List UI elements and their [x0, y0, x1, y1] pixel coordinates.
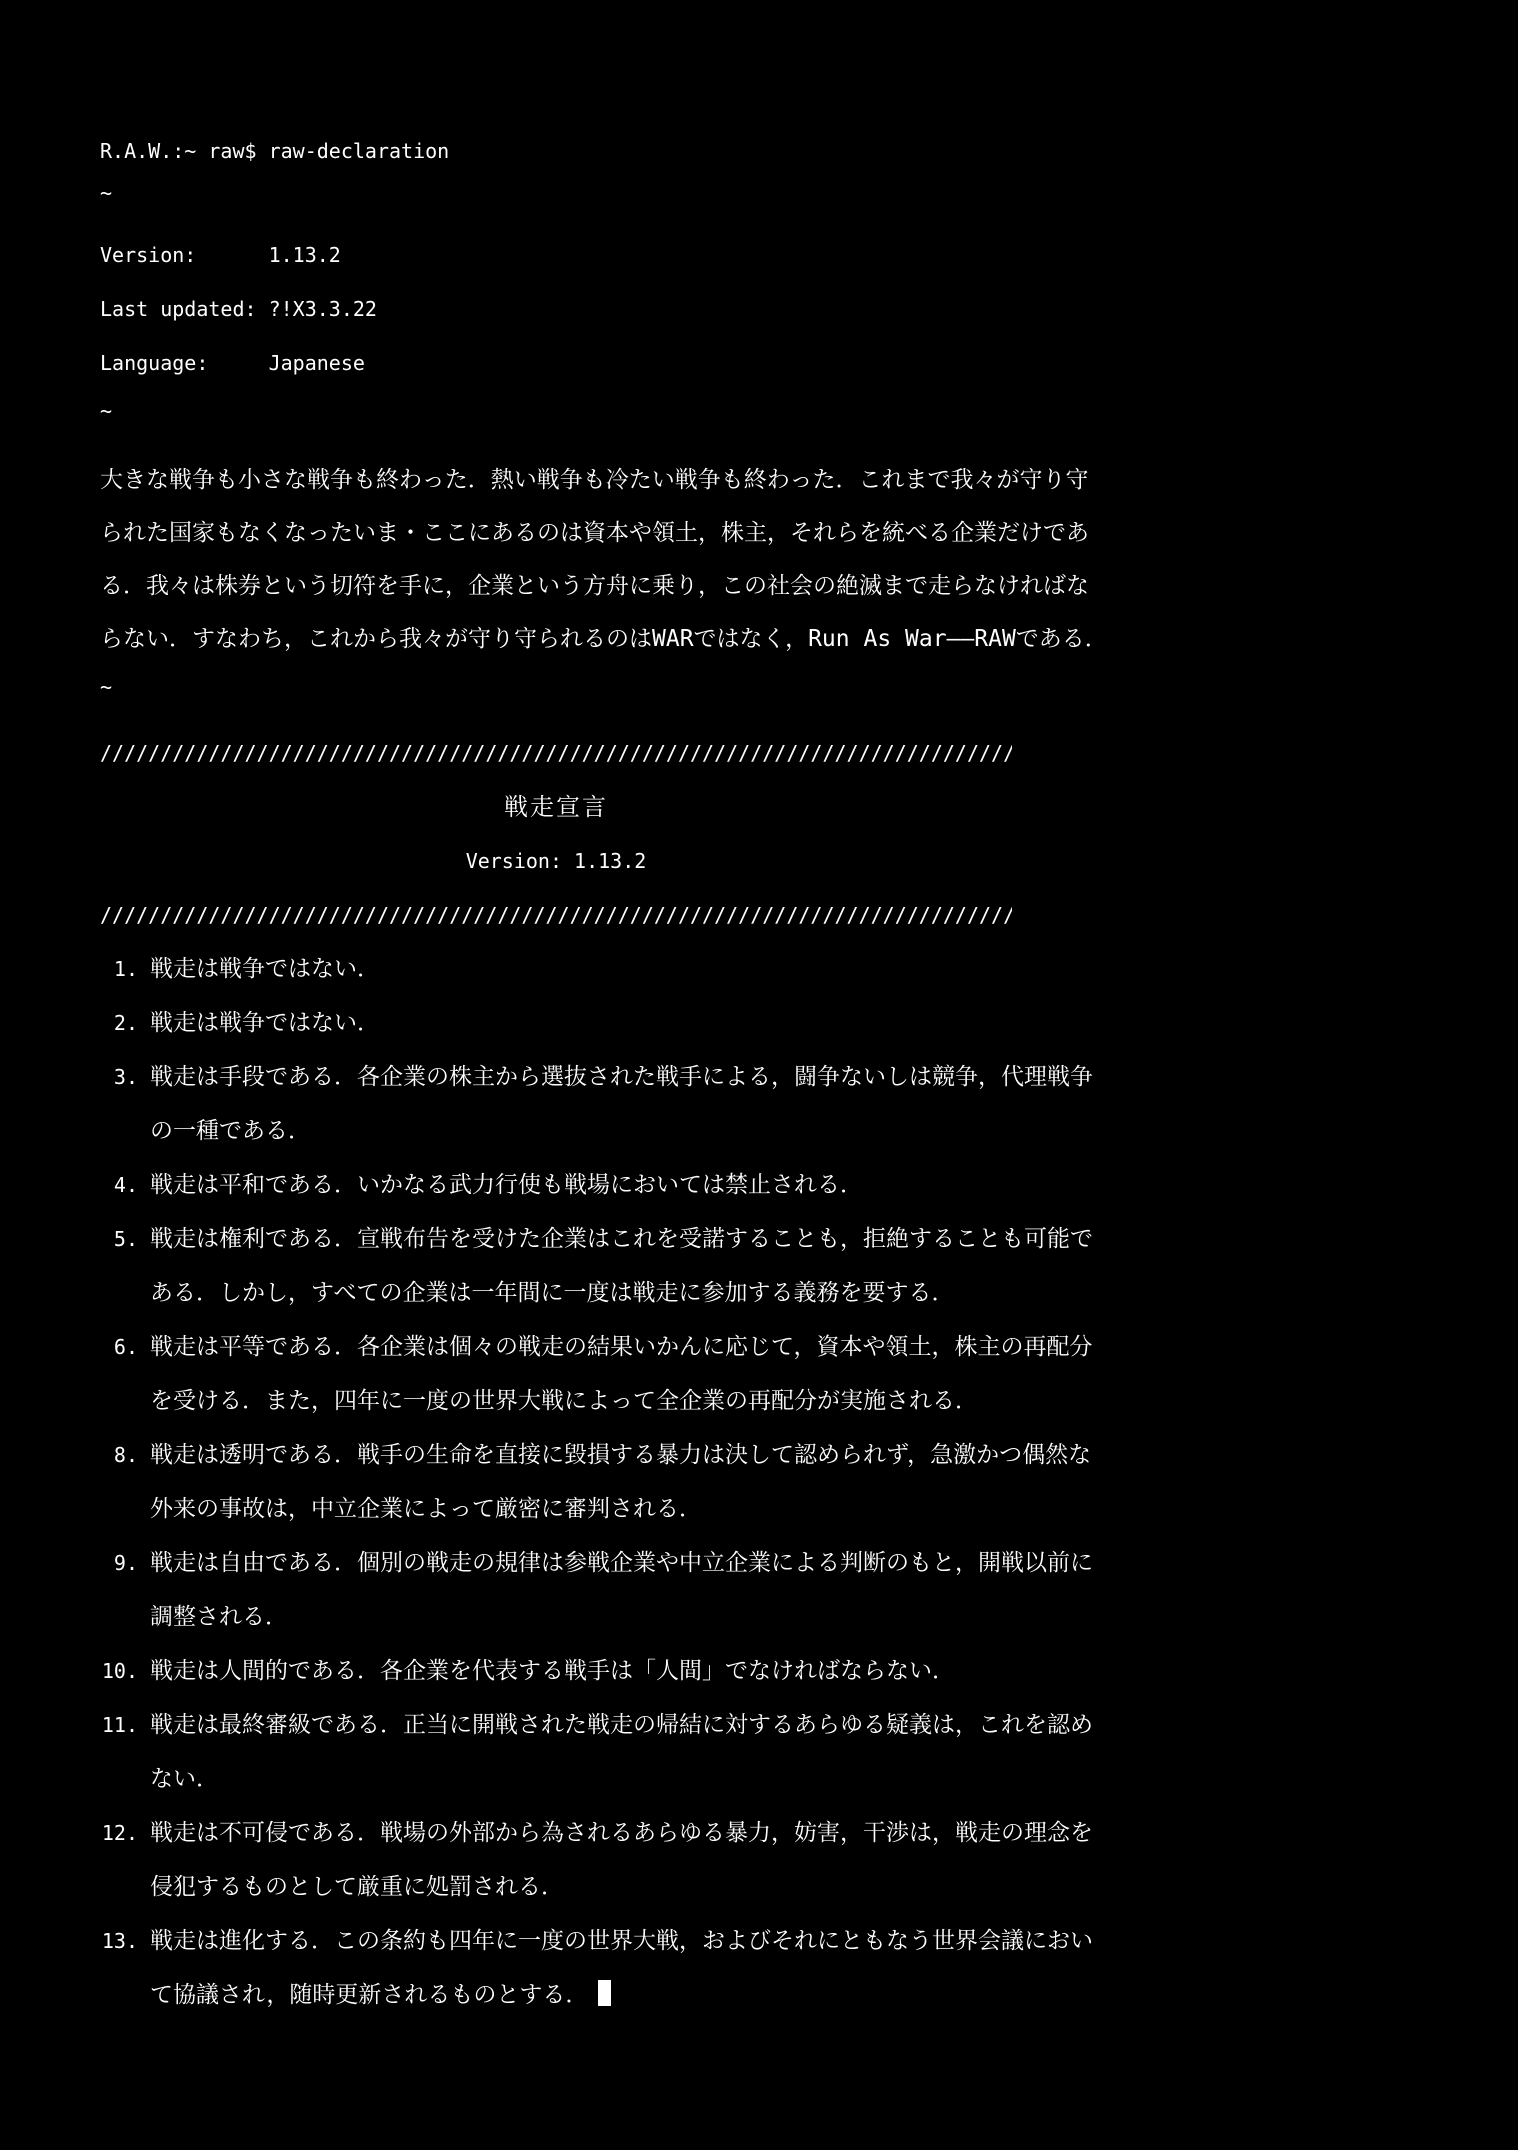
preamble-line: られた国家もなくなったいま・ここにあるのは資本や領土，株主，それらを統べる企業だ… [100, 507, 1012, 560]
meta-line: Language: Japanese [100, 336, 1012, 390]
item-number: 1. [100, 942, 138, 996]
item-text: 戦走は最終審級である．正当に開戦された戦走の帰結に対するあらゆる疑義は，これを認… [150, 1698, 1093, 1806]
item-number: 2. [100, 996, 138, 1050]
item-text-line: 外来の事故は，中立企業によって厳密に審判される． [150, 1482, 1091, 1536]
item-text: 戦走は平等である．各企業は個々の戦走の結果いかんに応じて，資本や領土，株主の再配… [150, 1320, 1093, 1428]
meta-line: Last updated: ?!X3.3.22 [100, 282, 1012, 336]
item-text: 戦走は自由である．個別の戦走の規律は参戦企業や中立企業による判断のもと，開戦以前… [150, 1536, 1093, 1644]
item-text: 戦走は平和である．いかなる武力行使も戦場においては禁止される． [150, 1158, 1012, 1212]
item-number: 9. [100, 1536, 138, 1644]
declaration-item: 11.戦走は最終審級である．正当に開戦された戦走の帰結に対するあらゆる疑義は，こ… [100, 1698, 1012, 1806]
declaration-item: 3.戦走は手段である．各企業の株主から選抜された戦手による，闘争ないしは競争，代… [100, 1050, 1012, 1158]
item-text-line: 戦走は戦争ではない． [150, 996, 1012, 1050]
item-number: 5. [100, 1212, 138, 1320]
item-text-line: 戦走は平和である．いかなる武力行使も戦場においては禁止される． [150, 1158, 1012, 1212]
item-text-line: 戦走は自由である．個別の戦走の規律は参戦企業や中立企業による判断のもと，開戦以前… [150, 1536, 1093, 1590]
item-number: 11. [100, 1698, 138, 1806]
item-number: 6. [100, 1320, 138, 1428]
item-text: 戦走は不可侵である．戦場の外部から為されるあらゆる暴力，妨害，干渉は，戦走の理念… [150, 1806, 1093, 1914]
declaration-item: 5.戦走は権利である．宣戦布告を受けた企業はこれを受諾することも，拒絶することも… [100, 1212, 1012, 1320]
item-text-line: 戦走は手段である．各企業の株主から選抜された戦手による，闘争ないしは競争，代理戦… [150, 1050, 1093, 1104]
item-text-line: 戦走は最終審級である．正当に開戦された戦走の帰結に対するあらゆる疑義は，これを認… [150, 1698, 1093, 1752]
meta-line: Version: 1.13.2 [100, 228, 1012, 282]
item-number: 12. [100, 1806, 138, 1914]
shell-prompt-line: R.A.W.:~ raw$ raw-declaration [100, 130, 1012, 172]
declaration-item: 13.戦走は進化する．この条約も四年に一度の世界大戦，およびそれにともなう世界会… [100, 1914, 1012, 2022]
declaration-item: 1.戦走は戦争ではない． [100, 942, 1012, 996]
item-number: 8. [100, 1428, 138, 1536]
spacer [100, 708, 1012, 726]
declaration-item: 8.戦走は透明である．戦手の生命を直接に毀損する暴力は決して認められず，急激かつ… [100, 1428, 1012, 1536]
item-text-line: 戦走は人間的である．各企業を代表する戦手は「人間」でなければならない． [150, 1644, 1012, 1698]
spacer [100, 432, 1012, 454]
declaration-version: Version: 1.13.2 [100, 834, 1012, 888]
declaration-item: 12.戦走は不可侵である．戦場の外部から為されるあらゆる暴力，妨害，干渉は，戦走… [100, 1806, 1012, 1914]
item-text: 戦走は人間的である．各企業を代表する戦手は「人間」でなければならない． [150, 1644, 1012, 1698]
item-text-line: 戦走は透明である．戦手の生命を直接に毀損する暴力は決して認められず，急激かつ偶然… [150, 1428, 1091, 1482]
item-number: 3. [100, 1050, 138, 1158]
item-number: 10. [100, 1644, 138, 1698]
item-text-line: ある．しかし，すべての企業は一年間に一度は戦走に参加する義務を要する． [150, 1266, 1093, 1320]
item-text-line: 調整される． [150, 1590, 1093, 1644]
declaration-item: 6.戦走は平等である．各企業は個々の戦走の結果いかんに応じて，資本や領土，株主の… [100, 1320, 1012, 1428]
item-text: 戦走は進化する．この条約も四年に一度の世界大戦，およびそれにともなう世界会議にお… [150, 1914, 1093, 2022]
tilde-line: ~ [100, 390, 1012, 432]
preamble-line: らない．すなわち，これから我々が守り守られるのはWARではなく，Run As W… [100, 613, 1012, 666]
preamble-paragraph: 大きな戦争も小さな戦争も終わった．熱い戦争も冷たい戦争も終わった．これまで我々が… [100, 454, 1012, 666]
item-text-line: 戦走は戦争ではない． [150, 942, 1012, 996]
item-text-line: て協議され，随時更新されるものとする． [150, 1968, 1093, 2022]
item-number: 4. [100, 1158, 138, 1212]
item-text: 戦走は戦争ではない． [150, 996, 1012, 1050]
item-text-line: を受ける．また，四年に一度の世界大戦によって全企業の再配分が実施される． [150, 1374, 1093, 1428]
item-text: 戦走は透明である．戦手の生命を直接に毀損する暴力は決して認められず，急激かつ偶然… [150, 1428, 1091, 1536]
slash-divider-top: ////////////////////////////////////////… [100, 726, 1012, 780]
preamble-line: る．我々は株券という切符を手に，企業という方舟に乗り，この社会の絶滅まで走らなけ… [100, 560, 1012, 613]
item-text-line: の一種である． [150, 1104, 1093, 1158]
declaration-item: 2.戦走は戦争ではない． [100, 996, 1012, 1050]
spacer [100, 214, 1012, 228]
tilde-line: ~ [100, 172, 1012, 214]
declaration-item: 9.戦走は自由である．個別の戦走の規律は参戦企業や中立企業による判断のもと，開戦… [100, 1536, 1012, 1644]
declaration-list: 1.戦走は戦争ではない．2.戦走は戦争ではない．3.戦走は手段である．各企業の株… [100, 942, 1012, 2022]
item-text-line: 戦走は進化する．この条約も四年に一度の世界大戦，およびそれにともなう世界会議にお… [150, 1914, 1093, 1968]
item-text-line: 戦走は不可侵である．戦場の外部から為されるあらゆる暴力，妨害，干渉は，戦走の理念… [150, 1806, 1093, 1860]
meta-block: Version: 1.13.2Last updated: ?!X3.3.22La… [100, 228, 1012, 390]
slash-divider-bottom: ////////////////////////////////////////… [100, 888, 1012, 942]
terminal-cursor [598, 1980, 611, 2006]
item-text-line: 戦走は権利である．宣戦布告を受けた企業はこれを受諾することも，拒絶することも可能… [150, 1212, 1093, 1266]
item-text: 戦走は手段である．各企業の株主から選抜された戦手による，闘争ないしは競争，代理戦… [150, 1050, 1093, 1158]
item-number: 13. [100, 1914, 138, 2022]
declaration-item: 10.戦走は人間的である．各企業を代表する戦手は「人間」でなければならない． [100, 1644, 1012, 1698]
item-text-line: 戦走は平等である．各企業は個々の戦走の結果いかんに応じて，資本や領土，株主の再配… [150, 1320, 1093, 1374]
item-text-line: 侵犯するものとして厳重に処罰される． [150, 1860, 1093, 1914]
terminal-screen[interactable]: R.A.W.:~ raw$ raw-declaration ~ Version:… [100, 130, 1012, 2022]
declaration-item: 4.戦走は平和である．いかなる武力行使も戦場においては禁止される． [100, 1158, 1012, 1212]
tilde-line: ~ [100, 666, 1012, 708]
item-text: 戦走は権利である．宣戦布告を受けた企業はこれを受諾することも，拒絶することも可能… [150, 1212, 1093, 1320]
item-text-line: ない． [150, 1752, 1093, 1806]
item-text: 戦走は戦争ではない． [150, 942, 1012, 996]
declaration-title: 戦走宣言 [100, 780, 1012, 834]
preamble-line: 大きな戦争も小さな戦争も終わった．熱い戦争も冷たい戦争も終わった．これまで我々が… [100, 454, 1012, 507]
